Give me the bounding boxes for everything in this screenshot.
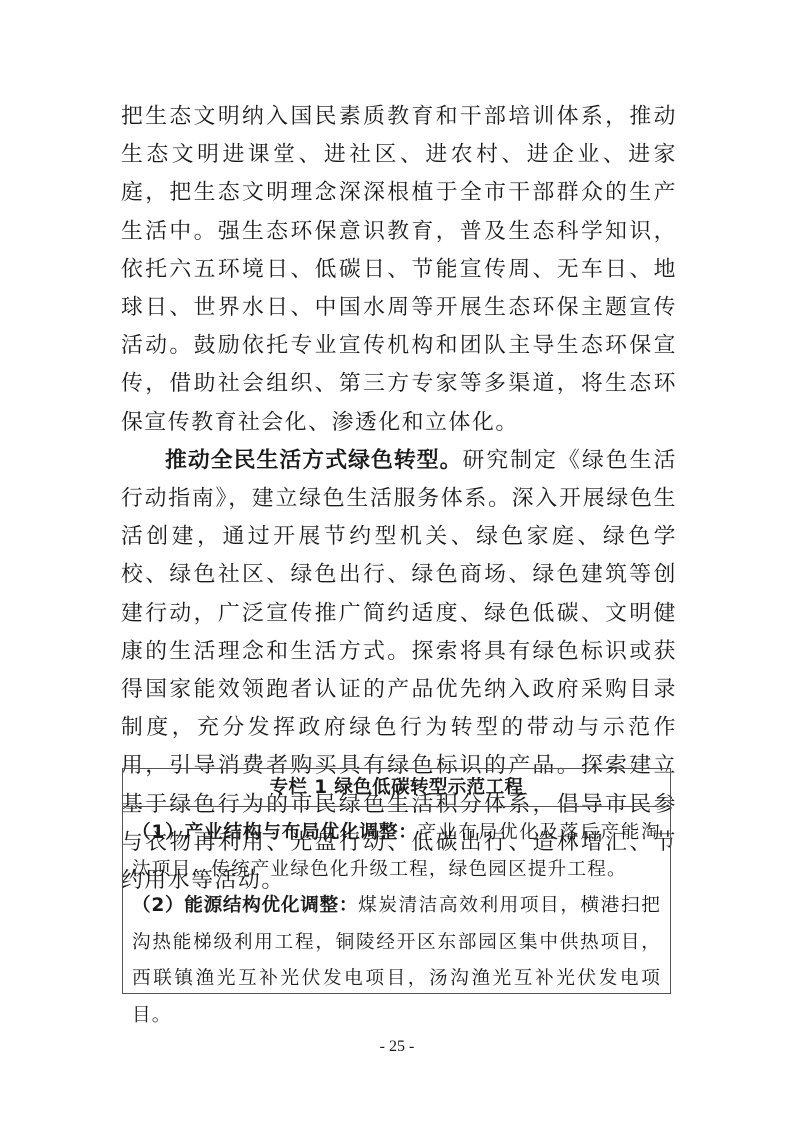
box-title: 专栏 1 绿色低碳转型示范工程 — [123, 769, 670, 807]
sidebar-box: 专栏 1 绿色低碳转型示范工程 （1）产业结构与布局优化调整：产业布局优化及落后… — [122, 768, 671, 994]
paragraph-text: 把生态文明纳入国民素质教育和干部培训体系，推动生态文明进课堂、进社区、进农村、进… — [121, 104, 677, 435]
box-body: （1）产业结构与布局优化调整：产业布局优化及落后产能淘汰项目，传统产业绿色化升级… — [123, 807, 670, 1034]
box-item-lead: （2）能源结构优化调整： — [132, 895, 358, 916]
paragraph-lead: 推动全民生活方式绿色转型。 — [165, 448, 463, 473]
box-item-lead: （1）产业结构与布局优化调整： — [132, 822, 418, 843]
box-item: （1）产业结构与布局优化调整：产业布局优化及落后产能淘汰项目，传统产业绿色化升级… — [132, 815, 661, 888]
document-page: 把生态文明纳入国民素质教育和干部培训体系，推动生态文明进课堂、进社区、进农村、进… — [0, 0, 794, 1122]
box-item: （2）能源结构优化调整：煤炭清洁高效利用项目，横港扫把沟热能梯级利用工程，铜陵经… — [132, 888, 661, 1034]
paragraph-ecology-education: 把生态文明纳入国民素质教育和干部培训体系，推动生态文明进课堂、进社区、进农村、进… — [121, 98, 677, 442]
page-number: - 25 - — [0, 1038, 794, 1056]
